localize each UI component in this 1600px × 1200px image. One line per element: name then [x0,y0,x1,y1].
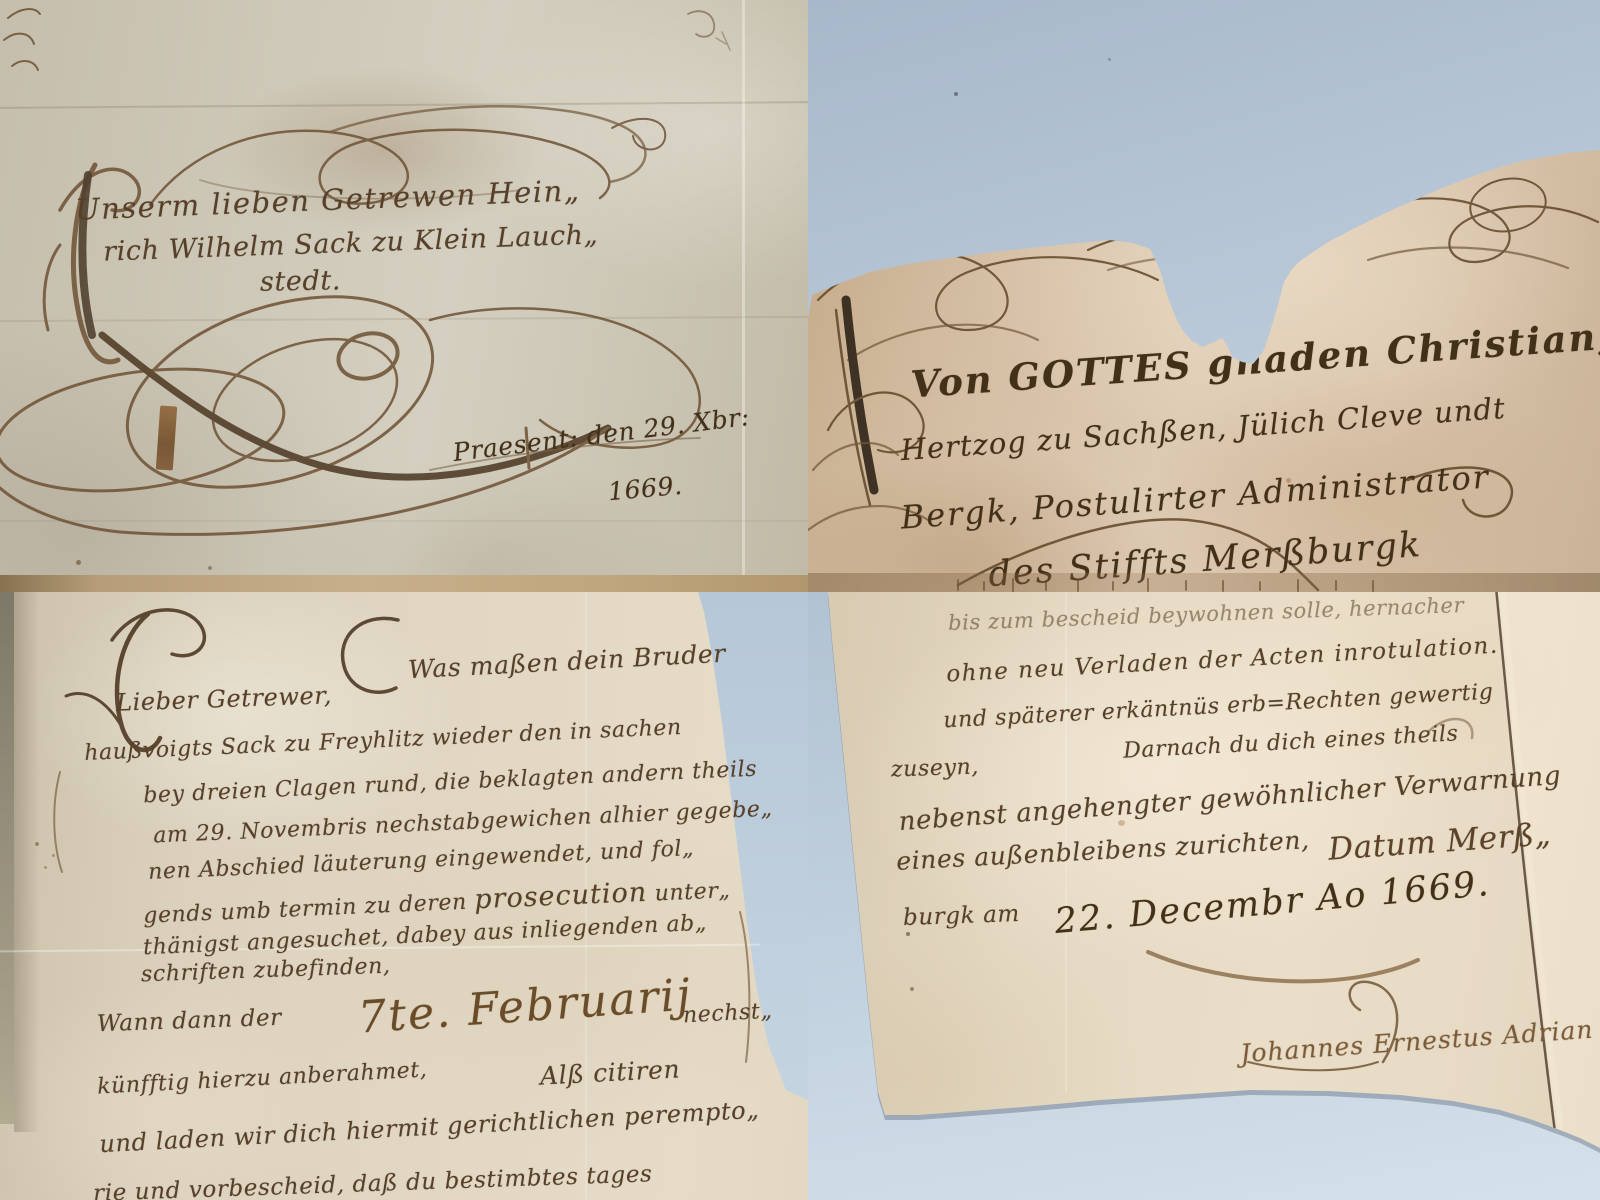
body-line-faded: bis zum bescheid beywohnen solle, hernac… [948,593,1465,635]
table-speck [954,92,958,96]
date-announcement-suffix: nechst„ [682,999,773,1029]
presentation-note: Praesent: den 29. Xbr: [451,402,751,467]
date-announcement-february: 7te. Februarij [357,969,694,1043]
photo-address-panel: Unserm lieben Getrewen Hein„ rich Wilhel… [0,0,808,592]
heading-line: Hertzog zu Sachßen, Jülich Cleve undt [900,391,1507,467]
rust-spot [1158,160,1164,166]
body-line: haußvoigts Sack zu Freyhlitz wieder den … [84,715,683,766]
foxing-spot [44,866,47,869]
signature: Johannes Ernestus Adrian [1239,1015,1594,1069]
letter-opener: Was maßen dein Bruder [407,639,726,685]
pinhole [906,932,910,936]
photo-letter-heading: Von GOTTES gnaden Christian, Hertzog zu … [808,0,1600,592]
photo-letter-signature-page: bis zum bescheid beywohnen solle, hernac… [808,592,1600,1200]
latin-word-prosecution: prosecution [474,877,648,916]
closing-line: künfftig hierzu anberahmet, [97,1057,428,1099]
paper-edge-shadow [14,592,40,1132]
dateline-date: 22. Decembr Ao 1669. [1053,864,1492,942]
body-line: ohne neu Verladen der Acten inrotulation… [946,633,1499,688]
photo-bottom-edge [808,573,1600,592]
manuscript-photo-collage: Unserm lieben Getrewen Hein„ rich Wilhel… [0,0,1600,1200]
body-line-part: unter„ [654,878,731,906]
datum-word: Datum Merß„ [1327,816,1552,867]
fold-crease-vertical [742,0,745,575]
repair-tape-mark [156,405,177,470]
address-line: rich Wilhelm Sack zu Klein Lauch„ [103,219,599,267]
pen-flourish-ornaments [0,0,808,592]
foxing-spot [52,854,55,857]
paper-edge-shadow [0,592,14,1124]
pinhole [910,987,914,991]
body-line-indented: Darnach du dich eines theils [1123,721,1459,764]
foxing-spot [35,842,39,846]
salutation: Lieber Getrewer, [116,681,333,717]
closing-line-clipped: rie und vorbescheid, daß du bestimbtes t… [93,1161,653,1200]
body-line-short: zuseyn, [891,754,980,782]
photo-letter-body: Was maßen dein Bruder Lieber Getrewer, h… [0,592,808,1200]
presentation-year: 1669. [607,471,684,506]
address-line: Unserm lieben Getrewen Hein„ [75,173,581,226]
closing-line: und laden wir dich hiermit gerichtlichen… [99,1096,760,1159]
closing-line: Alß citiren [539,1054,681,1090]
dateline-prefix: burgk am [903,901,1021,931]
date-announcement-prefix: Wann dann der [97,1005,283,1037]
table-speck [1108,58,1111,61]
address-line: stedt. [260,265,342,297]
paper-speck [208,566,212,570]
paper-speck [76,560,81,565]
fold-crease [0,101,808,109]
photo-bottom-edge [0,575,808,592]
fold-crease [0,520,808,522]
fold-crease [0,316,808,322]
torn-paper: Von GOTTES gnaden Christian, Hertzog zu … [808,0,1600,592]
heading-line: Bergk, Postulirter Administrator [899,457,1491,536]
